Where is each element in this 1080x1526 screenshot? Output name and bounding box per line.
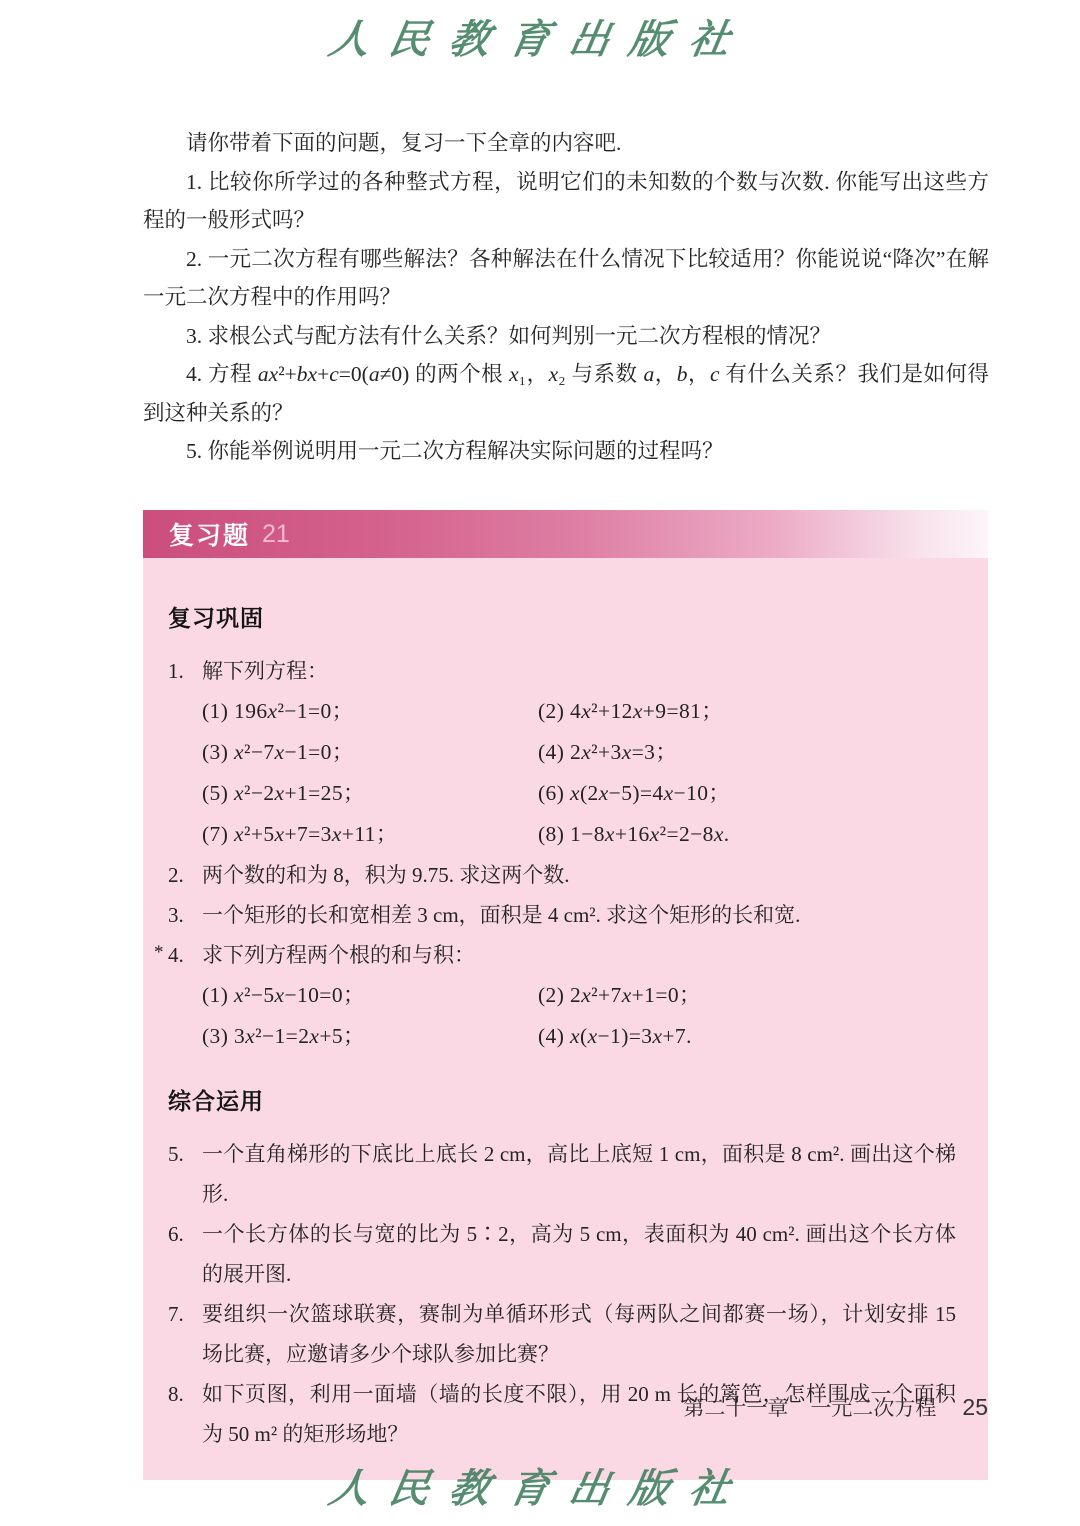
problem-text: 两个数的和为 8，积为 9.75. 求这两个数. xyxy=(202,855,956,895)
problem-text: 要组织一次篮球联赛，赛制为单循环形式（每两队之间都赛一场），计划安排 15 场比… xyxy=(202,1294,956,1374)
publisher-watermark-bottom: 人民教育出版社 xyxy=(0,1457,1080,1514)
problem-number: 2. xyxy=(168,855,202,895)
problem-1: 1. 解下列方程： xyxy=(168,651,956,691)
page-footer: 第二十一章 一元二次方程 25 xyxy=(683,1392,988,1422)
review-exercise-panel: 复习题 21 复习巩固 1. 解下列方程： (1) 196x²−1=0； (2)… xyxy=(143,510,988,1480)
equation: (8) 1−8x+16x²=2−8x. xyxy=(538,814,956,855)
problem-number: 6. xyxy=(168,1214,202,1294)
problem-3: 3. 一个矩形的长和宽相差 3 cm，面积是 4 cm². 求这个矩形的长和宽. xyxy=(168,895,956,935)
panel-body: 复习巩固 1. 解下列方程： (1) 196x²−1=0； (2) 4x²+12… xyxy=(143,558,988,1480)
problem-number: 8. xyxy=(168,1374,202,1454)
problem-text: 一个矩形的长和宽相差 3 cm，面积是 4 cm². 求这个矩形的长和宽. xyxy=(202,895,956,935)
intro-question-4: 4. 方程 ax²+bx+c=0(a≠0) 的两个根 x₁，x₂ 与系数 a，b… xyxy=(143,355,989,432)
problem-text: 一个直角梯形的下底比上底长 2 cm，高比上底短 1 cm，面积是 8 cm².… xyxy=(202,1134,956,1214)
equation: (6) x(2x−5)=4x−10； xyxy=(538,773,956,814)
section-heading-consolidate: 复习巩固 xyxy=(168,600,956,633)
problem-5: 5. 一个直角梯形的下底比上底长 2 cm，高比上底短 1 cm，面积是 8 c… xyxy=(168,1134,956,1214)
page-number: 25 xyxy=(962,1394,988,1421)
problem-number: 4. xyxy=(168,935,202,975)
problem-text: 解下列方程： xyxy=(202,651,956,691)
problem-2: 2. 两个数的和为 8，积为 9.75. 求这两个数. xyxy=(168,855,956,895)
equation: (2) 4x²+12x+9=81； xyxy=(538,691,956,732)
problem-number: 3. xyxy=(168,895,202,935)
equation: (1) x²−5x−10=0； xyxy=(202,975,538,1016)
equation: (5) x²−2x+1=25； xyxy=(202,773,538,814)
problem-6: 6. 一个长方体的长与宽的比为 5∶2，高为 5 cm，表面积为 40 cm².… xyxy=(168,1214,956,1294)
section-heading-comprehensive: 综合运用 xyxy=(168,1083,956,1116)
problem-number: 5. xyxy=(168,1134,202,1214)
footer-chapter-label: 第二十一章 xyxy=(683,1392,788,1422)
intro-question-5: 5. 你能举例说明用一元二次方程解决实际问题的过程吗？ xyxy=(143,432,989,471)
equation: (4) 2x²+3x=3； xyxy=(538,732,956,773)
equation: (1) 196x²−1=0； xyxy=(202,691,538,732)
equation: (4) x(x−1)=3x+7. xyxy=(538,1016,956,1057)
equation: (3) x²−7x−1=0； xyxy=(202,732,538,773)
intro-question-1: 1. 比较你所学过的各种整式方程，说明它们的未知数的个数与次数. 你能写出这些方… xyxy=(143,163,989,240)
equation: (2) 2x²+7x+1=0； xyxy=(538,975,956,1016)
intro-lead: 请你带着下面的问题，复习一下全章的内容吧. xyxy=(143,124,989,163)
problem-number: 7. xyxy=(168,1294,202,1374)
equation: (7) x²+5x+7=3x+11； xyxy=(202,814,538,855)
chapter-review-intro: 请你带着下面的问题，复习一下全章的内容吧. 1. 比较你所学过的各种整式方程，说… xyxy=(143,124,989,471)
panel-header-bar: 复习题 21 xyxy=(143,510,988,558)
problem-text: 一个长方体的长与宽的比为 5∶2，高为 5 cm，表面积为 40 cm². 画出… xyxy=(202,1214,956,1294)
publisher-watermark-top: 人民教育出版社 xyxy=(0,8,1080,65)
intro-question-2: 2. 一元二次方程有哪些解法？各种解法在什么情况下比较适用？你能说说“降次”在解… xyxy=(143,240,989,317)
intro-question-3: 3. 求根公式与配方法有什么关系？如何判别一元二次方程根的情况？ xyxy=(143,317,989,356)
problem-number: 1. xyxy=(168,651,202,691)
optional-problem-star: * xyxy=(154,933,164,973)
panel-title: 复习题 xyxy=(169,516,250,552)
problem-text: 求下列方程两个根的和与积： xyxy=(202,935,956,975)
problem-4-starred: * 4. 求下列方程两个根的和与积： xyxy=(168,935,956,975)
panel-chapter-number: 21 xyxy=(262,520,290,549)
problem-1-equations: (1) 196x²−1=0； (2) 4x²+12x+9=81； (3) x²−… xyxy=(202,691,956,855)
footer-chapter-title: 一元二次方程 xyxy=(810,1392,936,1422)
problem-7: 7. 要组织一次篮球联赛，赛制为单循环形式（每两队之间都赛一场），计划安排 15… xyxy=(168,1294,956,1374)
equation: (3) 3x²−1=2x+5； xyxy=(202,1016,538,1057)
problem-4-equations: (1) x²−5x−10=0； (2) 2x²+7x+1=0； (3) 3x²−… xyxy=(202,975,956,1057)
